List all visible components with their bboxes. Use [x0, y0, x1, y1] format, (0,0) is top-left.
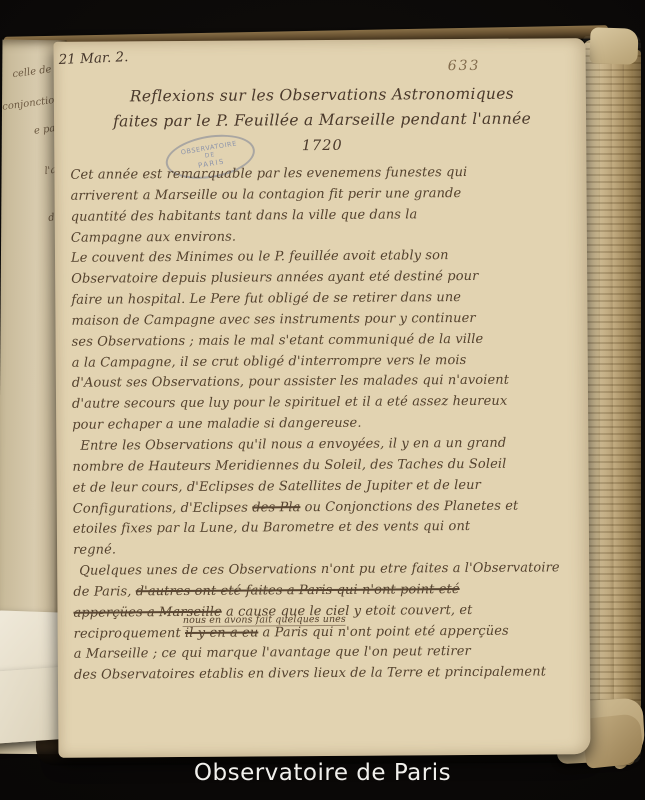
text-segment: a Marseille ; ce qui marque l'avantage q… [74, 644, 471, 662]
text-segment: Quelques unes de ces Observations n'ont … [79, 560, 560, 578]
title-line-1: Reflexions sur les Observations Astronom… [76, 84, 568, 105]
manuscript-title: Reflexions sur les Observations Astronom… [76, 84, 568, 155]
manuscript-page: 21 Mar. 2. 633 Reflexions sur les Observ… [54, 38, 591, 758]
text-segment: reciproquement [74, 626, 185, 642]
title-year: 1720 [76, 136, 568, 155]
page-corner-top-right [589, 27, 638, 65]
left-page-text-fragment: conjonction [2, 94, 62, 113]
text-segment: quantité des habitants tant dans la vill… [71, 207, 418, 224]
text-segment: et de leur cours, d'Eclipses de Satellit… [73, 478, 481, 496]
struck-text: des Pla [252, 500, 300, 515]
text-segment: Observatoire depuis plusieurs années aya… [71, 269, 478, 287]
fore-edge-pages [633, 50, 641, 756]
text-segment: d'autre secours que luy pour le spiritue… [72, 394, 507, 412]
text-segment: Entre les Observations qu'il nous a envo… [80, 436, 506, 454]
manuscript-line: des Observatoires etablis en divers lieu… [74, 662, 582, 686]
text-segment: ses Observations ; mais le mal s'etant c… [72, 332, 484, 350]
photo-frame: celle de qconjonctione pasél'afade 21 Ma… [0, 0, 645, 800]
text-segment: a Paris qui n'ont point eté apperçües [258, 623, 509, 640]
text-segment: pour echaper a une maladie si dangereuse… [72, 416, 361, 433]
text-segment: Campagne aux environs. [71, 229, 236, 245]
text-segment: ou Conjonctions des Planetes et [300, 498, 518, 515]
text-segment: maison de Campagne avec ses instruments … [71, 311, 475, 329]
text-segment: des Observatoires etablis en divers lieu… [74, 665, 546, 683]
text-segment: nombre de Hauteurs Meridiennes du Soleil… [72, 457, 506, 475]
margin-annotation: 21 Mar. 2. [58, 49, 128, 68]
struck-text: il y en a eunous en avons fait quelques … [185, 625, 258, 641]
text-segment: arriverent a Marseille ou la contagion f… [71, 186, 462, 204]
text-segment: de Paris, [73, 584, 135, 599]
text-segment: etoiles fixes par la Lune, du Barometre … [73, 519, 470, 537]
text-segment: faire un hospital. Le Pere fut obligé de… [71, 290, 461, 308]
text-segment: Configurations, d'Eclipses [73, 500, 253, 516]
page-number: 633 [448, 58, 481, 74]
manuscript-body: Cet année est remarquable par les evenem… [70, 162, 582, 687]
caption: Observatoire de Paris [0, 760, 645, 786]
struck-text: d'autres ont eté faites a Paris qui n'on… [136, 582, 460, 599]
text-segment: Le couvent des Minimes ou le P. feuillée… [71, 248, 449, 266]
text-segment: a la Campagne, il se crut obligé d'inter… [72, 353, 467, 371]
title-line-2: faites par le P. Feuillée a Marseille pe… [76, 109, 568, 130]
text-segment: regné. [73, 543, 116, 558]
text-segment: Cet année est remarquable par les evenem… [70, 165, 467, 183]
text-segment: d'Aoust ses Observations, pour assister … [72, 373, 509, 391]
